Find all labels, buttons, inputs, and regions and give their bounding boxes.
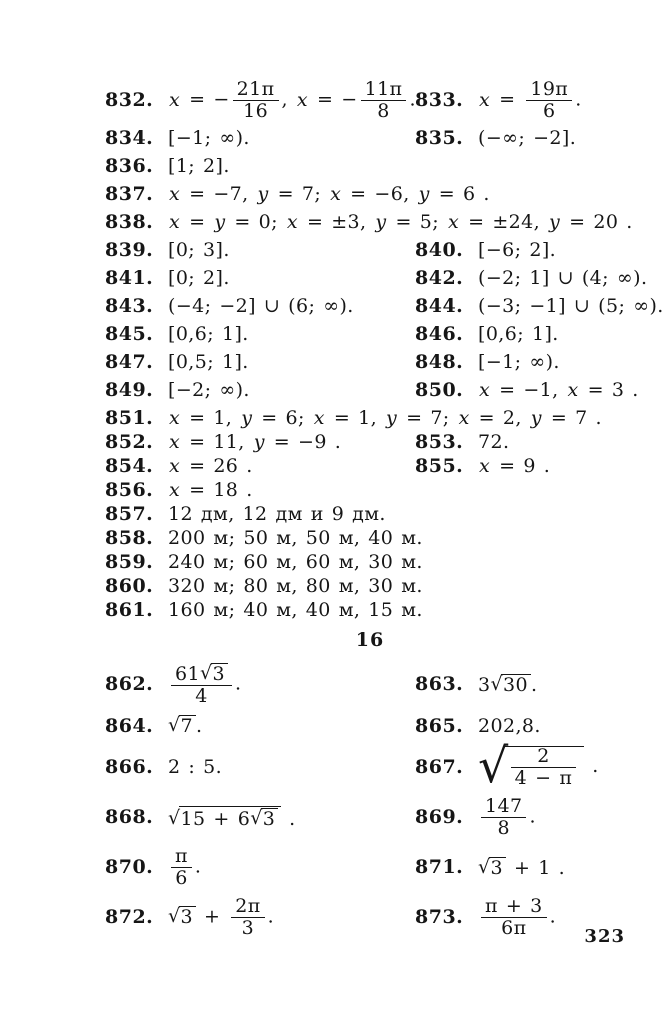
fraction: π + 36π xyxy=(481,897,547,938)
answer-text: π6. xyxy=(168,847,201,888)
radical-sign-icon: √ xyxy=(168,715,181,736)
text: = 1, xyxy=(181,407,240,429)
text: = 18 . xyxy=(181,479,253,501)
math-variable: x xyxy=(168,183,181,205)
answer-row: 854.x = 26 .855.x = 9 . xyxy=(105,456,635,477)
answer-cell: 851.x = 1, y = 6; x = 1, y = 7; x = 2, y… xyxy=(105,408,602,429)
answer-cell: 873.π + 36π. xyxy=(415,897,556,938)
denominator: 4 − π xyxy=(511,768,577,788)
text: 12 дм, 12 дм и 9 дм. xyxy=(168,503,386,525)
answer-text: 202,8. xyxy=(478,716,541,737)
text: [−1; ∞). xyxy=(478,351,560,373)
section-header: 16 xyxy=(105,629,635,651)
text: 3 xyxy=(491,857,504,879)
answer-cell: 860.320 м; 80 м, 80 м, 30 м. xyxy=(105,576,423,597)
text: [−1; ∞). xyxy=(168,127,250,149)
answer-cell: 846.[0,6; 1]. xyxy=(415,324,559,345)
answer-cell: 833.x = 19π6. xyxy=(415,80,582,121)
answer-text: [0,6; 1]. xyxy=(478,324,559,345)
answer-cell: 834.[−1; ∞). xyxy=(105,128,415,149)
denominator: 6π xyxy=(481,918,547,938)
radicand: 3 xyxy=(179,906,197,927)
problem-number: 860. xyxy=(105,576,168,597)
text: = 9 . xyxy=(491,455,550,477)
problem-number: 839. xyxy=(105,240,168,261)
square-root: √15 + 6√3 xyxy=(168,808,281,830)
answer-cell: 848.[−1; ∞). xyxy=(415,352,560,373)
text: (−2; 1] ∪ (4; ∞). xyxy=(478,267,647,289)
text: 160 м; 40 м, 40 м, 15 м. xyxy=(168,599,423,621)
answer-cell: 864.√7. xyxy=(105,715,415,737)
square-root: √30 xyxy=(491,674,532,696)
math-variable: x xyxy=(168,479,181,501)
fraction: π6 xyxy=(171,847,192,888)
problem-number: 873. xyxy=(415,907,478,928)
text: . xyxy=(584,755,598,777)
math-variable: x xyxy=(168,211,181,233)
answer-text: √7. xyxy=(168,715,202,737)
text: 2 : 5. xyxy=(168,756,222,778)
denominator: 6 xyxy=(526,101,572,121)
numerator: 11π xyxy=(361,80,407,101)
math-variable: y xyxy=(418,183,431,205)
problem-number: 837. xyxy=(105,184,168,205)
answer-text: [−6; 2]. xyxy=(478,240,556,261)
answer-cell: 842.(−2; 1] ∪ (4; ∞). xyxy=(415,268,647,289)
text: 2π xyxy=(235,895,260,917)
text: = 2, xyxy=(471,407,530,429)
answer-text: x = −21π16, x = −11π8. xyxy=(168,80,416,121)
square-root: √7 xyxy=(168,715,196,737)
text: 19π xyxy=(530,78,568,100)
math-variable: x xyxy=(286,211,299,233)
text: . xyxy=(531,674,537,696)
answer-text: [0,6; 1]. xyxy=(168,324,249,345)
answer-row: 860.320 м; 80 м, 80 м, 30 м. xyxy=(105,576,635,597)
numerator: π + 3 xyxy=(481,897,547,918)
answer-text: 160 м; 40 м, 40 м, 15 м. xyxy=(168,600,423,621)
radical-sign-icon: √ xyxy=(168,906,181,927)
answer-row: 866.2 : 5.867.√24 − π . xyxy=(105,746,635,788)
problem-number: 865. xyxy=(415,716,478,737)
problem-number: 840. xyxy=(415,240,478,261)
answer-cell: 859.240 м; 60 м, 60 м, 30 м. xyxy=(105,552,423,573)
text: π xyxy=(175,845,188,867)
text: = 0; xyxy=(226,211,285,233)
problem-number: 859. xyxy=(105,552,168,573)
text: 6 xyxy=(543,100,556,122)
text: . xyxy=(575,89,581,111)
answer-cell: 855.x = 9 . xyxy=(415,456,550,477)
answer-text: x = 26 . xyxy=(168,456,253,477)
text: 8 xyxy=(377,100,390,122)
answer-cell: 845.[0,6; 1]. xyxy=(105,324,415,345)
text: 7 xyxy=(181,715,194,737)
text: = −1, xyxy=(491,379,566,401)
text: 200 м; 50 м, 50 м, 40 м. xyxy=(168,527,423,549)
answer-cell: 861.160 м; 40 м, 40 м, 15 м. xyxy=(105,600,423,621)
fraction: 2π3 xyxy=(231,897,264,938)
answer-text: √24 − π . xyxy=(478,746,599,788)
problem-number: 850. xyxy=(415,380,478,401)
numerator: 21π xyxy=(233,80,279,101)
answer-row: 834.[−1; ∞).835.(−∞; −2]. xyxy=(105,128,635,149)
answer-cell: 850.x = −1, x = 3 . xyxy=(415,380,639,401)
problem-number: 868. xyxy=(105,807,168,828)
radical-sign-icon: √ xyxy=(168,808,181,829)
problem-number: 852. xyxy=(105,432,168,453)
answer-text: x = −1, x = 3 . xyxy=(478,380,639,401)
problem-number: 855. xyxy=(415,456,478,477)
text: π + 3 xyxy=(485,895,543,917)
text: = 11, xyxy=(181,431,253,453)
answer-text: [0; 2]. xyxy=(168,268,230,289)
math-variable: y xyxy=(213,211,226,233)
math-variable: x xyxy=(168,455,181,477)
answers-section: 16862.61√34.863.3√30.864.√7.865.202,8.86… xyxy=(105,629,635,938)
answer-text: 12 дм, 12 дм и 9 дм. xyxy=(168,504,386,525)
radicand: 30 xyxy=(501,674,531,695)
problem-number: 862. xyxy=(105,674,168,695)
text: = −6, xyxy=(342,183,417,205)
text: 61 xyxy=(175,663,200,685)
problem-number: 853. xyxy=(415,432,478,453)
answer-text: (−2; 1] ∪ (4; ∞). xyxy=(478,268,647,289)
answer-text: 240 м; 60 м, 60 м, 30 м. xyxy=(168,552,423,573)
text: (−4; −2] ∪ (6; ∞). xyxy=(168,295,354,317)
text: = ±24, xyxy=(460,211,548,233)
text: = −7, xyxy=(181,183,256,205)
answer-text: x = −7, y = 7; x = −6, y = 6 . xyxy=(168,184,490,205)
answer-text: [−1; ∞). xyxy=(168,128,250,149)
text: 202,8. xyxy=(478,715,541,737)
radicand: 3 xyxy=(489,857,507,878)
text: = − xyxy=(309,89,358,111)
problem-number: 870. xyxy=(105,857,168,878)
text: 3 xyxy=(242,917,255,939)
text: 16 xyxy=(243,100,268,122)
problem-number: 851. xyxy=(105,408,168,429)
fraction: 24 − π xyxy=(511,747,577,788)
answer-row: 849.[−2; ∞).850.x = −1, x = 3 . xyxy=(105,380,635,401)
problem-number: 857. xyxy=(105,504,168,525)
math-variable: y xyxy=(374,211,387,233)
problem-number: 866. xyxy=(105,757,168,778)
problem-number: 842. xyxy=(415,268,478,289)
text: 2 xyxy=(537,745,550,767)
answer-row: 870.π6.871.√3 + 1 . xyxy=(105,847,635,888)
math-variable: x xyxy=(296,89,309,111)
problem-number: 845. xyxy=(105,324,168,345)
answer-row: 868.√15 + 6√3 .869.1478. xyxy=(105,797,635,838)
answer-cell: 857.12 дм, 12 дм и 9 дм. xyxy=(105,504,386,525)
radicand: 24 − π xyxy=(505,746,585,788)
text: = 5; xyxy=(388,211,447,233)
problem-number: 856. xyxy=(105,480,168,501)
problem-number: 848. xyxy=(415,352,478,373)
answer-cell: 836.[1; 2]. xyxy=(105,156,230,177)
text: 15 + 6 xyxy=(181,808,251,830)
answer-text: [−1; ∞). xyxy=(478,352,560,373)
answer-text: [0,5; 1]. xyxy=(168,352,249,373)
text: = 1, xyxy=(326,407,385,429)
text: [0; 2]. xyxy=(168,267,230,289)
answer-cell: 852.x = 11, y = −9 . xyxy=(105,432,415,453)
answer-cell: 868.√15 + 6√3 . xyxy=(105,797,415,838)
text: [0; 3]. xyxy=(168,239,230,261)
text: 8 xyxy=(497,817,510,839)
answer-cell: 854.x = 26 . xyxy=(105,456,415,477)
answer-text: x = 18 . xyxy=(168,480,253,501)
square-root: √3 xyxy=(250,808,278,830)
answer-row: 856.x = 18 . xyxy=(105,480,635,501)
answer-row: 845.[0,6; 1].846.[0,6; 1]. xyxy=(105,324,635,345)
square-root: √3 xyxy=(168,906,196,928)
answer-text: [1; 2]. xyxy=(168,156,230,177)
answer-cell: 872.√3 + 2π3. xyxy=(105,897,415,938)
answers-section: 832.x = −21π16, x = −11π8.833.x = 19π6.8… xyxy=(105,80,635,621)
answer-row: 838.x = y = 0; x = ±3, y = 5; x = ±24, y… xyxy=(105,212,635,233)
text: 4 xyxy=(195,685,208,707)
problem-number: 834. xyxy=(105,128,168,149)
radical-sign-icon: √ xyxy=(250,809,263,828)
text: = 20 . xyxy=(561,211,633,233)
answer-row: 862.61√34.863.3√30. xyxy=(105,663,635,706)
answer-row: 861.160 м; 40 м, 40 м, 15 м. xyxy=(105,600,635,621)
answer-row: 858.200 м; 50 м, 50 м, 40 м. xyxy=(105,528,635,549)
problem-number: 854. xyxy=(105,456,168,477)
math-variable: y xyxy=(240,407,253,429)
numerator: 2 xyxy=(511,747,577,768)
answer-row: 864.√7.865.202,8. xyxy=(105,715,635,737)
problem-number: 847. xyxy=(105,352,168,373)
problem-number: 861. xyxy=(105,600,168,621)
text: = 7; xyxy=(398,407,457,429)
problem-number: 846. xyxy=(415,324,478,345)
text: 3 xyxy=(181,906,194,928)
text: 147 xyxy=(485,795,522,817)
answer-text: 3√30. xyxy=(478,674,537,696)
math-variable: x xyxy=(567,379,580,401)
text: 11π xyxy=(365,78,403,100)
text: [−6; 2]. xyxy=(478,239,556,261)
denominator: 8 xyxy=(481,818,526,838)
math-variable: x xyxy=(313,407,326,429)
text: [0,5; 1]. xyxy=(168,351,249,373)
problem-number: 836. xyxy=(105,156,168,177)
text: = 7 . xyxy=(543,407,602,429)
answer-cell: 843.(−4; −2] ∪ (6; ∞). xyxy=(105,296,415,317)
text: (−∞; −2]. xyxy=(478,127,576,149)
answer-cell: 865.202,8. xyxy=(415,715,541,737)
denominator: 8 xyxy=(361,101,407,121)
text: 6π xyxy=(501,917,526,939)
problem-number: 867. xyxy=(415,757,478,778)
radical-sign-icon: √ xyxy=(478,857,491,878)
text: [1; 2]. xyxy=(168,155,230,177)
radicand: 15 + 6√3 xyxy=(179,806,282,829)
answer-row: 872.√3 + 2π3.873.π + 36π. xyxy=(105,897,635,938)
problem-number: 849. xyxy=(105,380,168,401)
text: = −9 . xyxy=(266,431,341,453)
problem-number: 844. xyxy=(415,296,478,317)
text: = − xyxy=(181,89,230,111)
problem-number: 869. xyxy=(415,807,478,828)
answer-text: √3 + 1 . xyxy=(478,857,565,879)
text: = 26 . xyxy=(181,455,253,477)
answer-cell: 841.[0; 2]. xyxy=(105,268,415,289)
math-variable: x xyxy=(168,431,181,453)
math-variable: x xyxy=(478,379,491,401)
answer-cell: 858.200 м; 50 м, 50 м, 40 м. xyxy=(105,528,423,549)
text: 30 xyxy=(503,674,528,696)
text: . xyxy=(196,715,202,737)
answer-row: 836.[1; 2]. xyxy=(105,156,635,177)
answer-text: √3 + 2π3. xyxy=(168,897,274,938)
answer-cell: 849.[−2; ∞). xyxy=(105,380,415,401)
fraction: 19π6 xyxy=(526,80,572,121)
radicand: 3 xyxy=(211,663,229,684)
answer-text: (−∞; −2]. xyxy=(478,128,576,149)
text: 4 − π xyxy=(515,767,573,789)
fraction: 11π8 xyxy=(361,80,407,121)
answer-row: 837.x = −7, y = 7; x = −6, y = 6 . xyxy=(105,184,635,205)
square-root: √24 − π xyxy=(478,746,584,788)
text: . xyxy=(550,906,556,928)
fraction: 21π16 xyxy=(233,80,279,121)
text: = xyxy=(491,89,523,111)
answer-cell: 847.[0,5; 1]. xyxy=(105,352,415,373)
square-root: √3 xyxy=(200,663,228,685)
answer-cell: 871.√3 + 1 . xyxy=(415,847,565,888)
problem-number: 838. xyxy=(105,212,168,233)
math-variable: x xyxy=(329,183,342,205)
answer-cell: 838.x = y = 0; x = ±3, y = 5; x = ±24, y… xyxy=(105,212,633,233)
answer-cell: 832.x = −21π16, x = −11π8. xyxy=(105,80,415,121)
text: = 3 . xyxy=(580,379,639,401)
problem-number: 863. xyxy=(415,674,478,695)
math-variable: x xyxy=(168,89,181,111)
answer-text: x = 9 . xyxy=(478,456,550,477)
answer-row: 832.x = −21π16, x = −11π8.833.x = 19π6. xyxy=(105,80,635,121)
fraction: 61√34 xyxy=(171,663,232,706)
answer-row: 859.240 м; 60 м, 60 м, 30 м. xyxy=(105,552,635,573)
problem-number: 841. xyxy=(105,268,168,289)
text: 21π xyxy=(237,78,275,100)
text: [−2; ∞). xyxy=(168,379,250,401)
text: . xyxy=(195,856,201,878)
answer-text: 200 м; 50 м, 50 м, 40 м. xyxy=(168,528,423,549)
answer-text: 1478. xyxy=(478,797,536,838)
square-root: √3 xyxy=(478,857,506,879)
answer-text: x = 11, y = −9 . xyxy=(168,432,341,453)
problem-number: 864. xyxy=(105,716,168,737)
radicand: 7 xyxy=(179,715,197,736)
math-variable: y xyxy=(530,407,543,429)
answer-cell: 837.x = −7, y = 7; x = −6, y = 6 . xyxy=(105,184,490,205)
answer-text: (−4; −2] ∪ (6; ∞). xyxy=(168,296,354,317)
answers: 832.x = −21π16, x = −11π8.833.x = 19π6.8… xyxy=(105,80,635,947)
answer-text: x = y = 0; x = ±3, y = 5; x = ±24, y = 2… xyxy=(168,212,633,233)
answer-text: [0; 3]. xyxy=(168,240,230,261)
denominator: 4 xyxy=(171,686,232,706)
answer-cell: 862.61√34. xyxy=(105,663,415,706)
text: [0,6; 1]. xyxy=(168,323,249,345)
answer-row: 841.[0; 2].842.(−2; 1] ∪ (4; ∞). xyxy=(105,268,635,289)
answer-row: 847.[0,5; 1].848.[−1; ∞). xyxy=(105,352,635,373)
answer-text: x = 19π6. xyxy=(478,80,582,121)
answer-row: 857.12 дм, 12 дм и 9 дм. xyxy=(105,504,635,525)
text: [0,6; 1]. xyxy=(478,323,559,345)
denominator: 3 xyxy=(231,918,264,938)
math-variable: x xyxy=(478,455,491,477)
math-variable: x xyxy=(447,211,460,233)
text: , xyxy=(282,89,296,111)
math-variable: y xyxy=(257,183,270,205)
math-variable: y xyxy=(385,407,398,429)
radical-sign-icon: √ xyxy=(200,664,213,683)
answer-cell: 853.72. xyxy=(415,432,509,453)
math-variable: x xyxy=(478,89,491,111)
fraction: 1478 xyxy=(481,797,526,838)
text: . xyxy=(281,808,295,830)
answer-cell: 870.π6. xyxy=(105,847,415,888)
numerator: 2π xyxy=(231,897,264,918)
answer-text: 61√34. xyxy=(168,663,241,706)
text: + 1 . xyxy=(506,857,565,879)
answer-row: 851.x = 1, y = 6; x = 1, y = 7; x = 2, y… xyxy=(105,408,635,429)
denominator: 16 xyxy=(233,101,279,121)
answer-text: 72. xyxy=(478,432,509,453)
answer-cell: 869.1478. xyxy=(415,797,536,838)
denominator: 6 xyxy=(171,868,192,888)
text: 6 xyxy=(175,867,188,889)
problem-number: 833. xyxy=(415,90,478,111)
answer-text: 320 м; 80 м, 80 м, 30 м. xyxy=(168,576,423,597)
math-variable: y xyxy=(253,431,266,453)
answer-text: (−3; −1] ∪ (5; ∞). xyxy=(478,296,664,317)
text: = xyxy=(181,211,213,233)
problem-number: 858. xyxy=(105,528,168,549)
numerator: π xyxy=(171,847,192,868)
numerator: 147 xyxy=(481,797,526,818)
answer-row: 839.[0; 3].840.[−6; 2]. xyxy=(105,240,635,261)
text: 3 xyxy=(213,663,226,685)
answer-cell: 863.3√30. xyxy=(415,663,537,706)
math-variable: x xyxy=(458,407,471,429)
text: (−3; −1] ∪ (5; ∞). xyxy=(478,295,664,317)
answer-row: 852.x = 11, y = −9 .853.72. xyxy=(105,432,635,453)
answer-text: x = 1, y = 6; x = 1, y = 7; x = 2, y = 7… xyxy=(168,408,602,429)
text: + xyxy=(196,906,228,928)
text: . xyxy=(529,806,535,828)
answer-text: π + 36π. xyxy=(478,897,556,938)
text: = ±3, xyxy=(299,211,374,233)
answer-cell: 867.√24 − π . xyxy=(415,746,599,788)
text: 320 м; 80 м, 80 м, 30 м. xyxy=(168,575,423,597)
math-variable: y xyxy=(548,211,561,233)
answer-cell: 866.2 : 5. xyxy=(105,746,415,788)
problem-number: 835. xyxy=(415,128,478,149)
text: 240 м; 60 м, 60 м, 30 м. xyxy=(168,551,423,573)
answer-cell: 839.[0; 3]. xyxy=(105,240,415,261)
text: 3 xyxy=(263,808,276,830)
text: 3 xyxy=(478,674,491,696)
radicand: 3 xyxy=(261,808,279,829)
text: = 6; xyxy=(253,407,312,429)
answer-cell: 844.(−3; −1] ∪ (5; ∞). xyxy=(415,296,664,317)
numerator: 61√3 xyxy=(171,663,232,686)
